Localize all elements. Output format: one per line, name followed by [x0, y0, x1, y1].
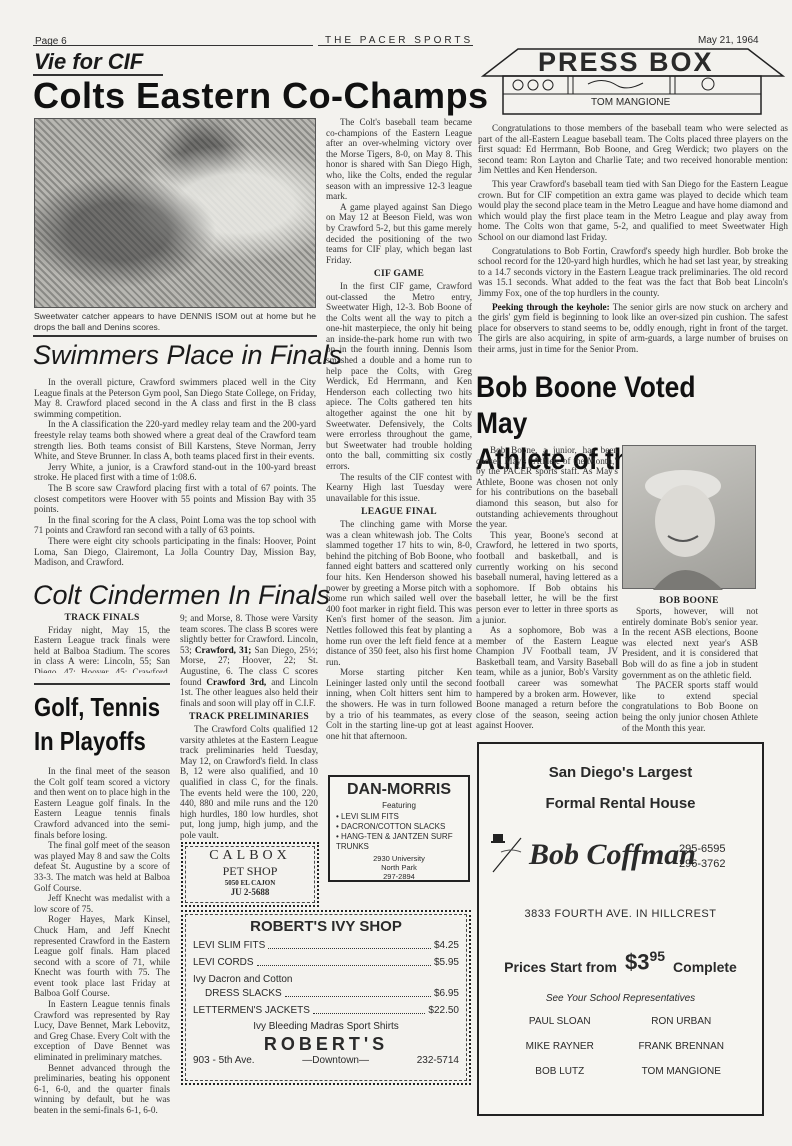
track-finals-text: Friday night, May 15, the Eastern League… — [34, 625, 170, 673]
roberts-phone: 232-5714 — [417, 1055, 459, 1066]
track-finals-heading: TRACK FINALS — [34, 613, 170, 624]
league-final-heading: LEAGUE FINAL — [326, 507, 472, 518]
athlete-body-left: Bob Boone, a junior, has been chosen May… — [476, 445, 618, 731]
golf-paragraph: Bennet advanced through the preliminarie… — [34, 1063, 170, 1116]
athlete-paragraph: Bob Boone, a junior, has been chosen May… — [476, 445, 618, 530]
masthead-rule — [33, 45, 313, 46]
lead-paragraph: In the first CIF game, Crawford out-clas… — [326, 281, 472, 472]
roberts-ad: ROBERT'S IVY SHOP LEVI SLIM FITS$4.25 LE… — [181, 910, 471, 1085]
roberts-brand: ROBERT'S — [193, 1034, 459, 1055]
track-prelims-heading: TRACK PRELIMINARIES — [180, 712, 318, 723]
press-box-keyhole: Peeking through the keyhole: The senior … — [478, 302, 788, 355]
athlete-photo-caption: BOB BOONE — [622, 596, 756, 606]
swimmers-body: In the overall picture, Crawford swimmer… — [34, 377, 316, 568]
top-hat-cane-icon — [491, 830, 531, 875]
rep-name: BOB LUTZ — [499, 1066, 621, 1077]
golf-headline-line1: Golf, Tennis — [34, 690, 160, 724]
swimmers-paragraph: In the A classification the 220-yard med… — [34, 419, 316, 461]
lead-story-body: The Colt's baseball team became co-champ… — [326, 117, 472, 741]
athlete-paragraph: As a sophomore, Bob was a member of the … — [476, 625, 618, 731]
swimmers-paragraph: There were eight city schools participat… — [34, 536, 316, 568]
lead-paragraph: The Colt's baseball team became co-champ… — [326, 117, 472, 202]
press-box-title: PRESS BOX — [538, 47, 714, 78]
rep-name: PAUL SLOAN — [499, 1016, 621, 1027]
roberts-address: 903 - 5th Ave. — [193, 1055, 255, 1066]
roberts-item-prefix: Ivy Dacron and Cotton — [193, 973, 459, 987]
lead-paragraph: A game played against San Diego on May 1… — [326, 202, 472, 266]
swimmers-paragraph: In the overall picture, Crawford swimmer… — [34, 377, 316, 419]
golf-headline: Golf, Tennis In Playoffs — [34, 690, 160, 758]
roberts-item: DRESS SLACKS$6.95 — [193, 987, 459, 1001]
dan-morris-featuring: Featuring — [336, 801, 462, 810]
press-box-paragraph: Congratulations to those members of the … — [478, 123, 788, 176]
masthead-rule — [318, 45, 473, 46]
coffman-price-tail: Complete — [673, 959, 737, 975]
dan-morris-phone: 297-2894 — [336, 872, 462, 881]
caption-rule — [33, 335, 317, 337]
coffman-brand: Bob Coffman — [529, 838, 696, 872]
golf-paragraph: The final golf meet of the season was pl… — [34, 840, 170, 893]
bob-boone-photo — [622, 445, 756, 589]
issue-date: May 21, 1964 — [698, 35, 759, 46]
lead-headline: Colts Eastern Co-Champs — [33, 75, 489, 117]
cif-game-heading: CIF GAME — [326, 269, 472, 280]
golf-body: In the final meet of the season the Colt… — [34, 766, 170, 1116]
calbox-address: 5050 EL CAJON — [183, 879, 317, 887]
calbox-line2: PET SHOP — [183, 864, 317, 879]
cindermen-headline: Colt Cindermen In Finals — [33, 580, 330, 611]
portrait-silhouette-icon — [623, 446, 757, 590]
track-finals-col1: TRACK FINALS Friday night, May 15, the E… — [34, 613, 170, 673]
press-box-paragraph: This year Crawford's baseball team tied … — [478, 179, 788, 243]
swimmers-paragraph: Jerry White, a junior, is a Crawford sta… — [34, 462, 316, 483]
swimmers-headline: Swimmers Place in Finals — [33, 340, 342, 371]
press-box-banner: PRESS BOX TOM MANGIONE — [478, 46, 790, 116]
lead-paragraph: The results of the CIF contest with Kear… — [326, 472, 472, 504]
coffman-phone: 295-6595 — [679, 842, 726, 857]
lead-kicker: Vie for CIF — [34, 49, 143, 75]
golf-headline-line2: In Playoffs — [34, 724, 160, 758]
rep-name: RON URBAN — [621, 1016, 743, 1027]
baseball-photo — [34, 118, 316, 308]
coffman-ad: San Diego's Largest Formal Rental House … — [477, 742, 764, 1116]
coffman-address: 3833 FOURTH AVE. IN HILLCREST — [479, 908, 762, 920]
athlete-paragraph: Sports, however, will not entirely domin… — [622, 606, 758, 680]
athlete-body-right: Sports, however, will not entirely domin… — [622, 606, 758, 733]
photo-caption: Sweetwater catcher appears to have DENNI… — [34, 311, 316, 333]
track-prelims-text: The Crawford Colts qualified 12 varsity … — [180, 724, 318, 841]
dan-morris-item: • DACRON/COTTON SLACKS — [336, 822, 462, 832]
calbox-name: CALBOX — [183, 848, 317, 864]
lead-paragraph: Morse starting pitcher Ken Leininger las… — [326, 667, 472, 741]
roberts-area: —Downtown— — [302, 1055, 369, 1066]
calbox-ad: CALBOX PET SHOP 5050 EL CAJON JU 2-5688 — [181, 842, 319, 907]
athlete-headline-line1: Bob Boone Voted May — [476, 370, 754, 442]
press-box-body: Congratulations to those members of the … — [478, 123, 788, 354]
athlete-paragraph: The PACER sports staff would like to ext… — [622, 680, 758, 733]
golf-paragraph: Jeff Knecht was medalist with a low scor… — [34, 893, 170, 914]
coffman-price-row: Prices Start from $395 Complete — [479, 948, 762, 975]
roberts-item: LETTERMEN'S JACKETS$22.50 — [193, 1004, 459, 1018]
roberts-tagline: Ivy Bleeding Madras Sport Shirts — [193, 1020, 459, 1034]
coffman-price: $395 — [625, 948, 665, 975]
coffman-line1: San Diego's Largest — [479, 764, 762, 781]
coffman-price-lead: Prices Start from — [504, 959, 617, 975]
press-box-byline: TOM MANGIONE — [591, 97, 670, 108]
column-rule — [34, 683, 170, 685]
rep-name: MIKE RAYNER — [499, 1041, 621, 1052]
coffman-reps-heading: See Your School Representatives — [479, 993, 762, 1004]
track-finals-text: 9; and Morse, 8. Those were Varsity team… — [180, 613, 318, 708]
dan-morris-area: North Park — [336, 863, 462, 872]
dan-morris-item: • HANG-TEN & JANTZEN SURF TRUNKS — [336, 832, 462, 852]
track-col2: 9; and Morse, 8. Those were Varsity team… — [180, 613, 318, 840]
golf-paragraph: In the final meet of the season the Colt… — [34, 766, 170, 840]
roberts-title: ROBERT'S IVY SHOP — [193, 918, 459, 935]
roberts-item: LEVI SLIM FITS$4.25 — [193, 939, 459, 953]
golf-paragraph: Roger Hayes, Mark Kinsel, Chuck Ham, and… — [34, 914, 170, 999]
coffman-line2: Formal Rental House — [479, 795, 762, 812]
swimmers-paragraph: The B score saw Crawford placing first w… — [34, 483, 316, 515]
golf-paragraph: In Eastern League tennis finals Crawford… — [34, 999, 170, 1063]
coffman-phone: 296-3762 — [679, 857, 726, 872]
rep-name: TOM MANGIONE — [621, 1066, 743, 1077]
rep-name: FRANK BRENNAN — [621, 1041, 743, 1052]
lead-paragraph: The clinching game with Morse was a clea… — [326, 519, 472, 667]
swimmers-paragraph: In the final scoring for the A class, Po… — [34, 515, 316, 536]
dan-morris-ad: DAN-MORRIS Featuring • LEVI SLIM FITS • … — [328, 775, 470, 882]
dan-morris-address: 2930 University — [336, 854, 462, 863]
coffman-reps: PAUL SLOAN RON URBAN MIKE RAYNER FRANK B… — [479, 1016, 762, 1077]
athlete-paragraph: This year, Boone's second at Crawford, h… — [476, 530, 618, 625]
calbox-phone: JU 2-5688 — [183, 887, 317, 897]
roberts-item: LEVI CORDS$5.95 — [193, 956, 459, 970]
press-box-paragraph: Congratulations to Bob Fortin, Crawford'… — [478, 246, 788, 299]
dan-morris-item: • LEVI SLIM FITS — [336, 812, 462, 822]
roberts-footer: 903 - 5th Ave. —Downtown— 232-5714 — [193, 1055, 459, 1066]
dan-morris-name: DAN-MORRIS — [336, 781, 462, 799]
